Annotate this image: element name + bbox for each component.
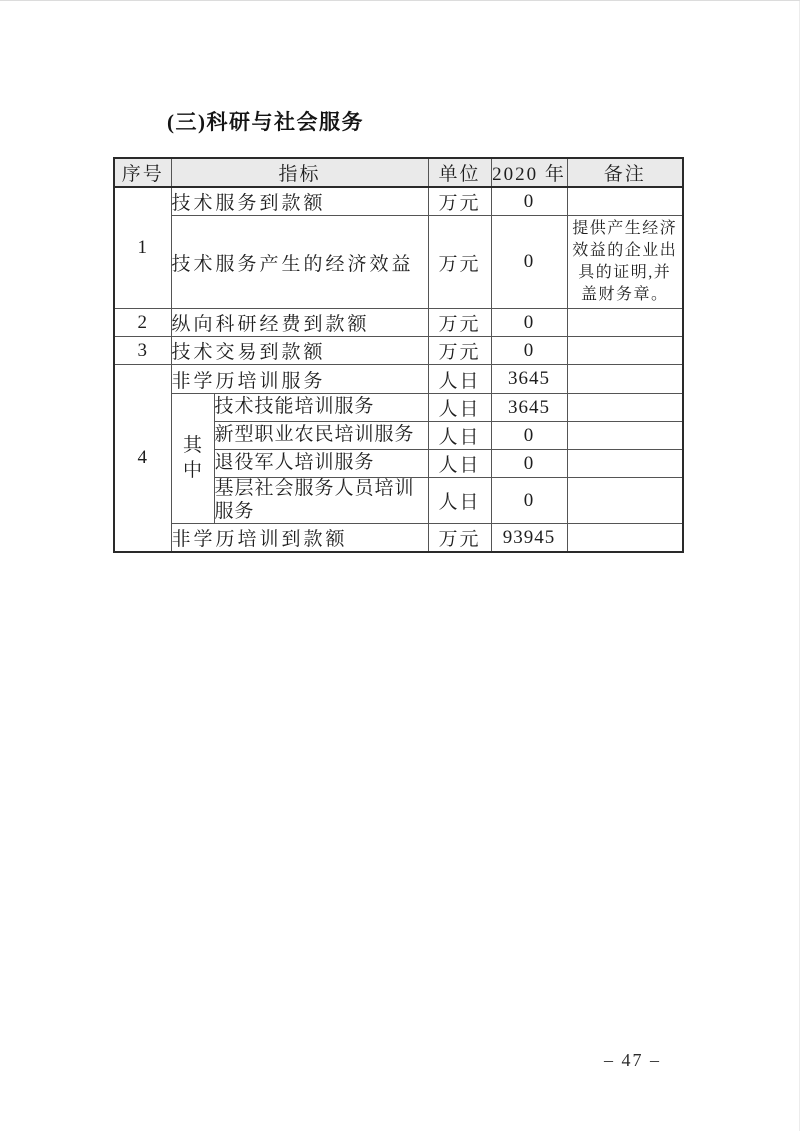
cell-indicator: 非学历培训到款额 bbox=[171, 524, 428, 553]
cell-no: 4 bbox=[114, 365, 171, 553]
cell-indicator: 技术交易到款额 bbox=[171, 337, 428, 365]
cell-no: 3 bbox=[114, 337, 171, 365]
cell-remark bbox=[567, 187, 683, 216]
cell-remark bbox=[567, 422, 683, 450]
cell-value: 0 bbox=[491, 478, 567, 524]
header-unit: 单位 bbox=[428, 158, 491, 187]
cell-indicator: 纵向科研经费到款额 bbox=[171, 309, 428, 337]
header-remark: 备注 bbox=[567, 158, 683, 187]
cell-remark bbox=[567, 524, 683, 553]
header-year: 2020 年 bbox=[491, 158, 567, 187]
cell-value: 0 bbox=[491, 187, 567, 216]
cell-value: 0 bbox=[491, 450, 567, 478]
cell-indicator: 退役军人培训服务 bbox=[214, 450, 428, 478]
cell-value: 0 bbox=[491, 216, 567, 309]
cell-remark bbox=[567, 309, 683, 337]
cell-unit: 万元 bbox=[428, 309, 491, 337]
cell-indicator: 技术技能培训服务 bbox=[214, 394, 428, 422]
cell-remark bbox=[567, 365, 683, 394]
cell-value: 0 bbox=[491, 422, 567, 450]
cell-unit: 人日 bbox=[428, 394, 491, 422]
cell-indicator: 技术服务到款额 bbox=[171, 187, 428, 216]
cell-unit: 万元 bbox=[428, 524, 491, 553]
cell-remark: 提供产生经济 效益的企业出 具的证明,并 盖财务章。 bbox=[567, 216, 683, 309]
table-row: 其中 技术技能培训服务 人日 3645 bbox=[114, 394, 683, 422]
section-title: (三)科研与社会服务 bbox=[167, 106, 364, 136]
cell-unit: 人日 bbox=[428, 478, 491, 524]
table-row: 非学历培训到款额 万元 93945 bbox=[114, 524, 683, 553]
remark-text: 提供产生经济 效益的企业出 具的证明,并 盖财务章。 bbox=[568, 216, 683, 308]
cell-no: 2 bbox=[114, 309, 171, 337]
table-row: 1 技术服务到款额 万元 0 bbox=[114, 187, 683, 216]
table-header-row: 序号 指标 单位 2020 年 备注 bbox=[114, 158, 683, 187]
cell-unit: 人日 bbox=[428, 450, 491, 478]
cell-subgroup: 其中 bbox=[171, 394, 214, 524]
cell-value: 0 bbox=[491, 309, 567, 337]
cell-indicator: 基层社会服务人员培训服务 bbox=[214, 478, 428, 524]
cell-unit: 万元 bbox=[428, 216, 491, 309]
page-number: – 47 – bbox=[604, 1050, 661, 1071]
cell-remark bbox=[567, 478, 683, 524]
cell-value: 0 bbox=[491, 337, 567, 365]
cell-indicator: 非学历培训服务 bbox=[171, 365, 428, 394]
cell-remark bbox=[567, 394, 683, 422]
cell-unit: 人日 bbox=[428, 422, 491, 450]
cell-unit: 万元 bbox=[428, 187, 491, 216]
cell-indicator: 技术服务产生的经济效益 bbox=[171, 216, 428, 309]
cell-value: 93945 bbox=[491, 524, 567, 553]
cell-remark bbox=[567, 450, 683, 478]
cell-value: 3645 bbox=[491, 394, 567, 422]
research-social-service-table: 序号 指标 单位 2020 年 备注 1 技术服务到款额 万元 0 技术服务产生… bbox=[113, 157, 684, 553]
header-no: 序号 bbox=[114, 158, 171, 187]
cell-unit: 万元 bbox=[428, 337, 491, 365]
cell-unit: 人日 bbox=[428, 365, 491, 394]
header-indicator: 指标 bbox=[171, 158, 428, 187]
table-row: 2 纵向科研经费到款额 万元 0 bbox=[114, 309, 683, 337]
cell-no: 1 bbox=[114, 187, 171, 309]
table-row: 技术服务产生的经济效益 万元 0 提供产生经济 效益的企业出 具的证明,并 盖财… bbox=[114, 216, 683, 309]
cell-value: 3645 bbox=[491, 365, 567, 394]
subgroup-label: 其中 bbox=[182, 434, 204, 483]
cell-indicator: 新型职业农民培训服务 bbox=[214, 422, 428, 450]
document-page: (三)科研与社会服务 序号 指标 单位 2020 年 备注 1 技术服务到款额 … bbox=[0, 0, 800, 1131]
table-row: 3 技术交易到款额 万元 0 bbox=[114, 337, 683, 365]
table-row: 4 非学历培训服务 人日 3645 bbox=[114, 365, 683, 394]
cell-remark bbox=[567, 337, 683, 365]
